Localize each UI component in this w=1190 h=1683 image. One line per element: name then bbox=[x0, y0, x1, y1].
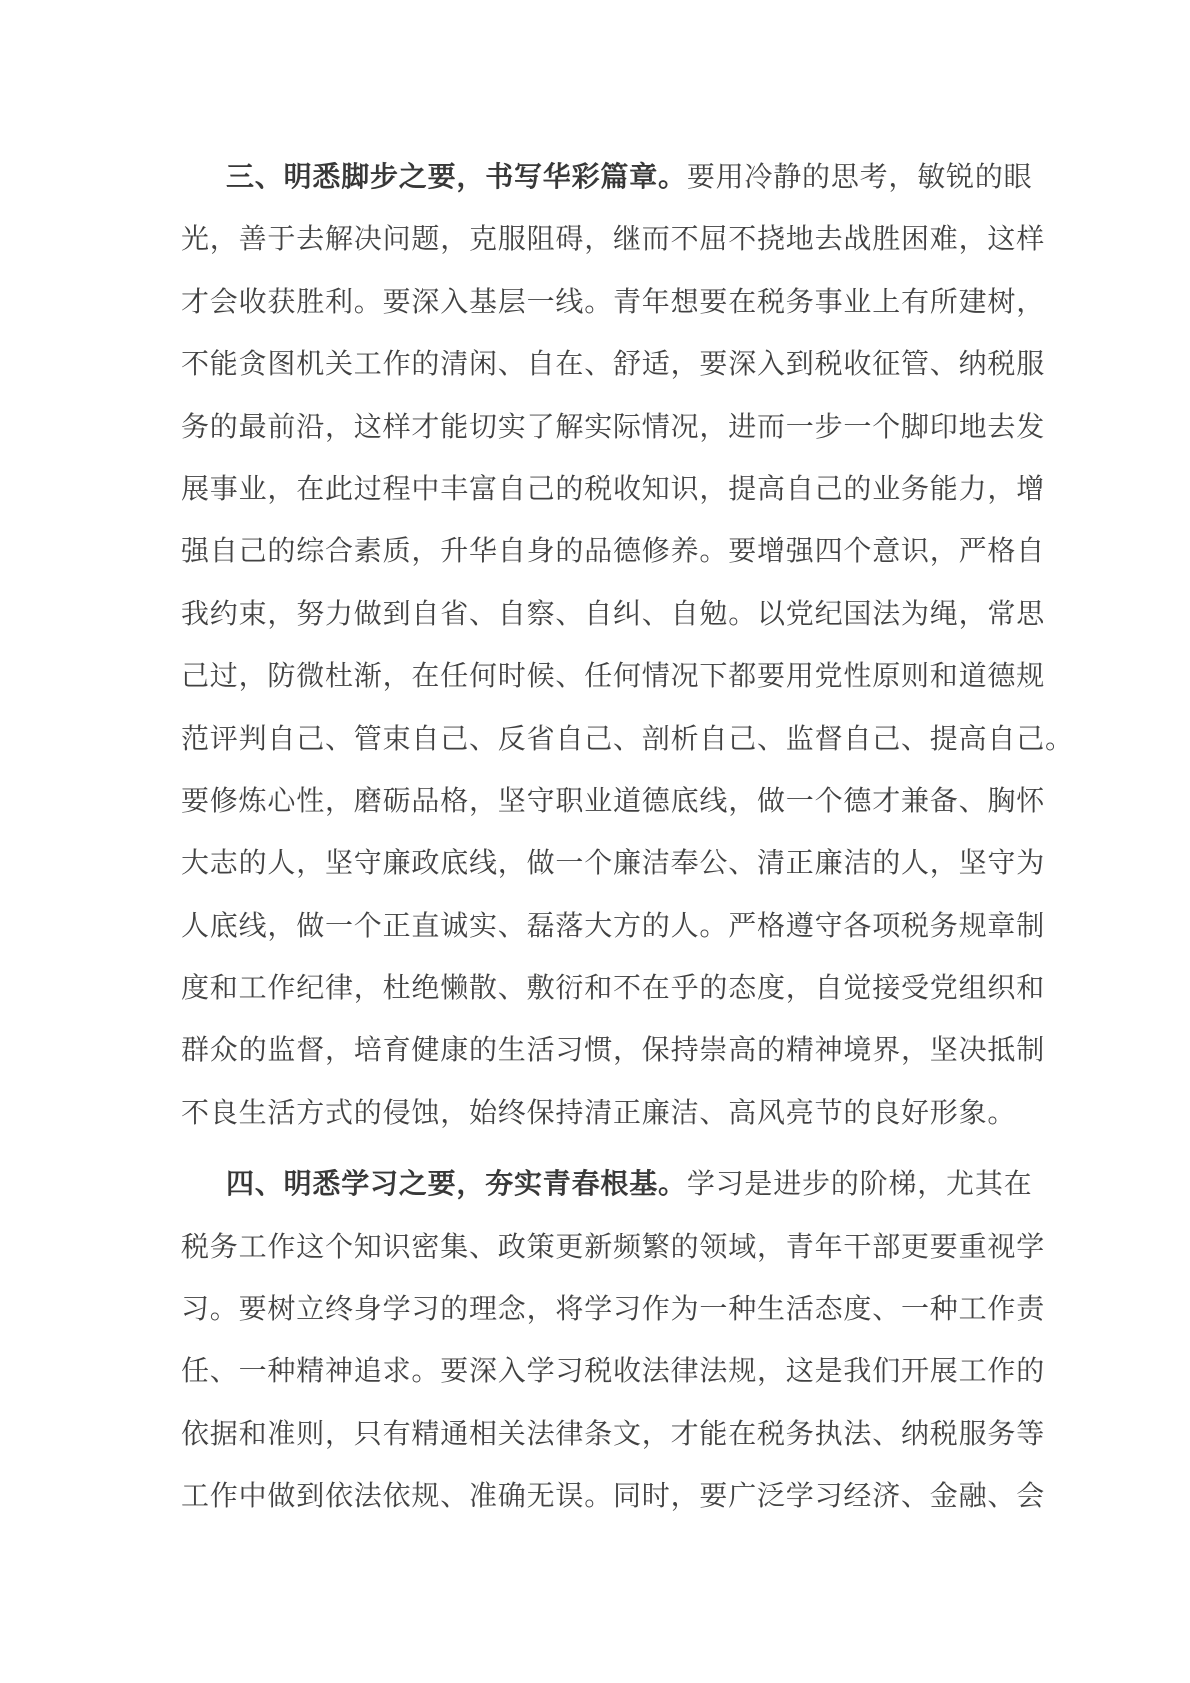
document-page: 三、明悉脚步之要，书写华彩篇章。要用冷静的思考，敏锐的眼 光，善于去解决问题，克… bbox=[0, 0, 1190, 1683]
text-line: 才会收获胜利。要深入基层一线。青年想要在税务事业上有所建树， bbox=[181, 272, 1041, 334]
text-line: 己过，防微杜渐，在任何时候、任何情况下都要用党性原则和道德规 bbox=[181, 646, 1041, 708]
text-line: 四、明悉学习之要，夯实青春根基。学习是进步的阶梯，尤其在 bbox=[181, 1154, 1041, 1216]
text-line: 任、一种精神追求。要深入学习税收法律法规，这是我们开展工作的 bbox=[181, 1341, 1041, 1403]
text-line: 强自己的综合素质，升华自身的品德修养。要增强四个意识，严格自 bbox=[181, 521, 1041, 583]
text-line: 展事业，在此过程中丰富自己的税收知识，提高自己的业务能力，增 bbox=[181, 459, 1041, 521]
section-three-lines: 光，善于去解决问题，克服阻碍，继而不屈不挠地去战胜困难，这样才会收获胜利。要深入… bbox=[181, 209, 1041, 1145]
document-body: 三、明悉脚步之要，书写华彩篇章。要用冷静的思考，敏锐的眼 光，善于去解决问题，克… bbox=[181, 147, 1041, 1529]
section-four-lead-text: 学习是进步的阶梯，尤其在 bbox=[687, 1169, 1033, 1200]
text-line: 光，善于去解决问题，克服阻碍，继而不屈不挠地去战胜困难，这样 bbox=[181, 209, 1041, 271]
section-three-lead-text: 要用冷静的思考，敏锐的眼 bbox=[687, 162, 1033, 193]
text-line: 不能贪图机关工作的清闲、自在、舒适，要深入到税收征管、纳税服 bbox=[181, 334, 1041, 396]
text-line: 人底线，做一个正直诚实、磊落大方的人。严格遵守各项税务规章制 bbox=[181, 896, 1041, 958]
section-four-heading: 四、明悉学习之要，夯实青春根基。 bbox=[226, 1169, 687, 1200]
text-line: 习。要树立终身学习的理念，将学习作为一种生活态度、一种工作责 bbox=[181, 1279, 1041, 1341]
paragraph-section-four: 四、明悉学习之要，夯实青春根基。学习是进步的阶梯，尤其在 税务工作这个知识密集、… bbox=[181, 1154, 1041, 1528]
paragraph-section-three: 三、明悉脚步之要，书写华彩篇章。要用冷静的思考，敏锐的眼 光，善于去解决问题，克… bbox=[181, 147, 1041, 1145]
text-line: 要修炼心性，磨砺品格，坚守职业道德底线，做一个德才兼备、胸怀 bbox=[181, 771, 1041, 833]
text-line: 大志的人，坚守廉政底线，做一个廉洁奉公、清正廉洁的人，坚守为 bbox=[181, 833, 1041, 895]
text-line: 税务工作这个知识密集、政策更新频繁的领域，青年干部更要重视学 bbox=[181, 1217, 1041, 1279]
section-three-heading: 三、明悉脚步之要，书写华彩篇章。 bbox=[226, 162, 687, 193]
text-line: 群众的监督，培育健康的生活习惯，保持崇高的精神境界，坚决抵制 bbox=[181, 1020, 1041, 1082]
section-four-lines: 税务工作这个知识密集、政策更新频繁的领域，青年干部更要重视学习。要树立终身学习的… bbox=[181, 1217, 1041, 1529]
text-line: 范评判自己、管束自己、反省自己、剖析自己、监督自己、提高自己。 bbox=[181, 709, 1041, 771]
text-line: 务的最前沿，这样才能切实了解实际情况，进而一步一个脚印地去发 bbox=[181, 397, 1041, 459]
text-line: 工作中做到依法依规、准确无误。同时，要广泛学习经济、金融、会 bbox=[181, 1466, 1041, 1528]
text-line: 依据和准则，只有精通相关法律条文，才能在税务执法、纳税服务等 bbox=[181, 1404, 1041, 1466]
text-line: 度和工作纪律，杜绝懒散、敷衍和不在乎的态度，自觉接受党组织和 bbox=[181, 958, 1041, 1020]
text-line: 我约束，努力做到自省、自察、自纠、自勉。以党纪国法为绳，常思 bbox=[181, 584, 1041, 646]
text-line: 不良生活方式的侵蚀，始终保持清正廉洁、高风亮节的良好形象。 bbox=[181, 1083, 1041, 1145]
text-line: 三、明悉脚步之要，书写华彩篇章。要用冷静的思考，敏锐的眼 bbox=[181, 147, 1041, 209]
